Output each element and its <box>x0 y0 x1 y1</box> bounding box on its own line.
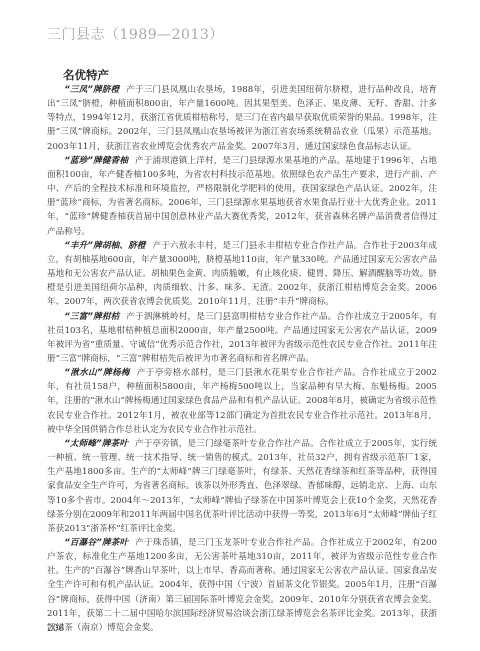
page-number: 206 <box>47 624 64 634</box>
paragraph-fengsheng-pomelo: “丰升”牌胡柚、脐橙产于六敖永丰村，是三门县永丰柑桔专业合作社产品。合作社于20… <box>47 239 437 310</box>
section-title: 名优特产 <box>63 67 109 83</box>
paragraph-title: “百瀑谷”牌茶叶 <box>64 538 128 548</box>
paragraph-title: “太师峰”牌茶叶 <box>64 439 128 449</box>
paragraph-title: “三富”牌柑桔 <box>64 312 119 322</box>
paragraph-title: “丰升”牌胡柚、脐橙 <box>64 241 145 251</box>
paragraph-title: “湫水山”牌杨梅 <box>64 368 130 378</box>
paragraph-text: 产于亭旁镇，是三门绿毫茶叶专业合作社产品。合作社成立于2005年，实行统一种植、… <box>47 439 437 534</box>
paragraph-text: 产于珠岙镇，是三门玉龙茶叶专业合作社产品。合作社成立于2002年，有200户茶农… <box>47 538 437 633</box>
paragraph-sanfeng-navel-orange: “三凤”牌脐橙产于三门县凤凰山农垦场，1988年，引进美国纽荷尔脐橙，进行品种改… <box>47 83 437 154</box>
paragraph-baipugu-tea: “百瀑谷”牌茶叶产于珠岙镇，是三门玉龙茶叶专业合作社产品。合作社成立于2002年… <box>47 536 437 635</box>
body-text: “三凤”牌脐橙产于三门县凤凰山农垦场，1988年，引进美国纽荷尔脐橙，进行品种改… <box>47 83 437 635</box>
paragraph-taishifeng-tea: “太师峰”牌茶叶产于亭旁镇，是三门绿毫茶叶专业合作社产品。合作社成立于2005年… <box>47 437 437 536</box>
paragraph-title: “蓝珍”牌健香柚 <box>64 156 128 166</box>
paragraph-lanzhen-pomelo: “蓝珍”牌健香柚产于浦坝港镇上洋村，是三门县绿源水果基地的产品。基地建于1996… <box>47 154 437 239</box>
paragraph-sanfu-citrus: “三富”牌柑桔产于泗淋桃岭村，是三门县富明柑桔专业合作社产品。合作社成立于200… <box>47 310 437 367</box>
paragraph-qiushuishan-bayberry: “湫水山”牌杨梅产于亭旁格水部村，是三门县湫水花果专业合作社产品。合作社成立于2… <box>47 366 437 437</box>
paragraph-text: 产于亭旁格水部村，是三门县湫水花果专业合作社产品。合作社成立于2002年，有社员… <box>47 368 437 435</box>
paragraph-text: 产于浦坝港镇上洋村，是三门县绿源水果基地的产品。基地建于1996年，占地面积10… <box>47 156 437 237</box>
running-head: 三门县志（1989—2013） <box>47 24 224 44</box>
paragraph-title: “三凤”牌脐橙 <box>64 85 119 95</box>
